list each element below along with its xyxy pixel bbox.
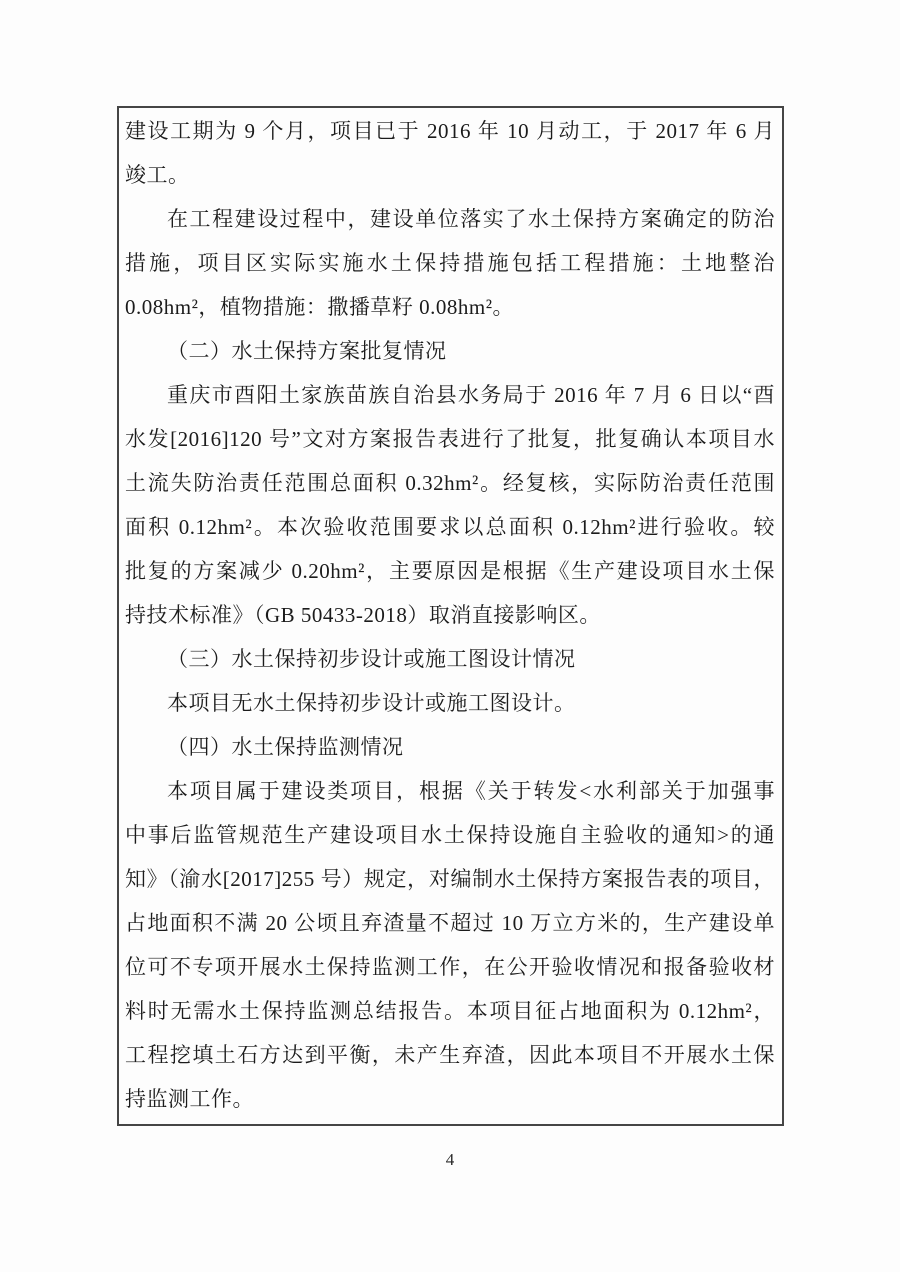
text-line: 工程挖填土石方达到平衡，未产生弃渣，因此本项目不开展水土保	[125, 1033, 775, 1077]
text-line: 在工程建设过程中，建设单位落实了水土保持方案确定的防治	[125, 197, 775, 241]
text-line: 0.08hm²，植物措施：撒播草籽 0.08hm²。	[125, 285, 775, 329]
text-line: 占地面积不满 20 公顷且弃渣量不超过 10 万立方米的，生产建设单	[125, 901, 775, 945]
text-line: 中事后监管规范生产建设项目水土保持设施自主验收的通知>的通	[125, 813, 775, 857]
document-page: 建设工期为 9 个月，项目已于 2016 年 10 月动工，于 2017 年 6…	[0, 0, 900, 1272]
text-line: （二）水土保持方案批复情况	[125, 329, 775, 373]
text-line: 建设工期为 9 个月，项目已于 2016 年 10 月动工，于 2017 年 6…	[125, 109, 775, 153]
text-line: 本项目属于建设类项目，根据《关于转发<水利部关于加强事	[125, 769, 775, 813]
text-line: 重庆市酉阳土家族苗族自治县水务局于 2016 年 7 月 6 日以“酉	[125, 373, 775, 417]
text-line: 措施，项目区实际实施水土保持措施包括工程措施：土地整治	[125, 241, 775, 285]
text-line: 持监测工作。	[125, 1077, 775, 1121]
text-line: （三）水土保持初步设计或施工图设计情况	[125, 637, 775, 681]
text-line: 水发[2016]120 号”文对方案报告表进行了批复，批复确认本项目水	[125, 417, 775, 461]
text-line: 面积 0.12hm²。本次验收范围要求以总面积 0.12hm²进行验收。较	[125, 505, 775, 549]
text-line: 竣工。	[125, 153, 775, 197]
text-line: 持技术标准》（GB 50433-2018）取消直接影响区。	[125, 593, 775, 637]
text-line: 料时无需水土保持监测总结报告。本项目征占地面积为 0.12hm²，	[125, 989, 775, 1033]
text-line: 知》（渝水[2017]255 号）规定，对编制水土保持方案报告表的项目，	[125, 857, 775, 901]
text-line: 批复的方案减少 0.20hm²，主要原因是根据《生产建设项目水土保	[125, 549, 775, 593]
text-line: 本项目无水土保持初步设计或施工图设计。	[125, 681, 775, 725]
page-number: 4	[0, 1146, 900, 1174]
text-line: 位可不专项开展水土保持监测工作，在公开验收情况和报备验收材	[125, 945, 775, 989]
text-line: （四）水土保持监测情况	[125, 725, 775, 769]
text-line: 土流失防治责任范围总面积 0.32hm²。经复核，实际防治责任范围	[125, 461, 775, 505]
text-frame: 建设工期为 9 个月，项目已于 2016 年 10 月动工，于 2017 年 6…	[117, 106, 784, 1126]
